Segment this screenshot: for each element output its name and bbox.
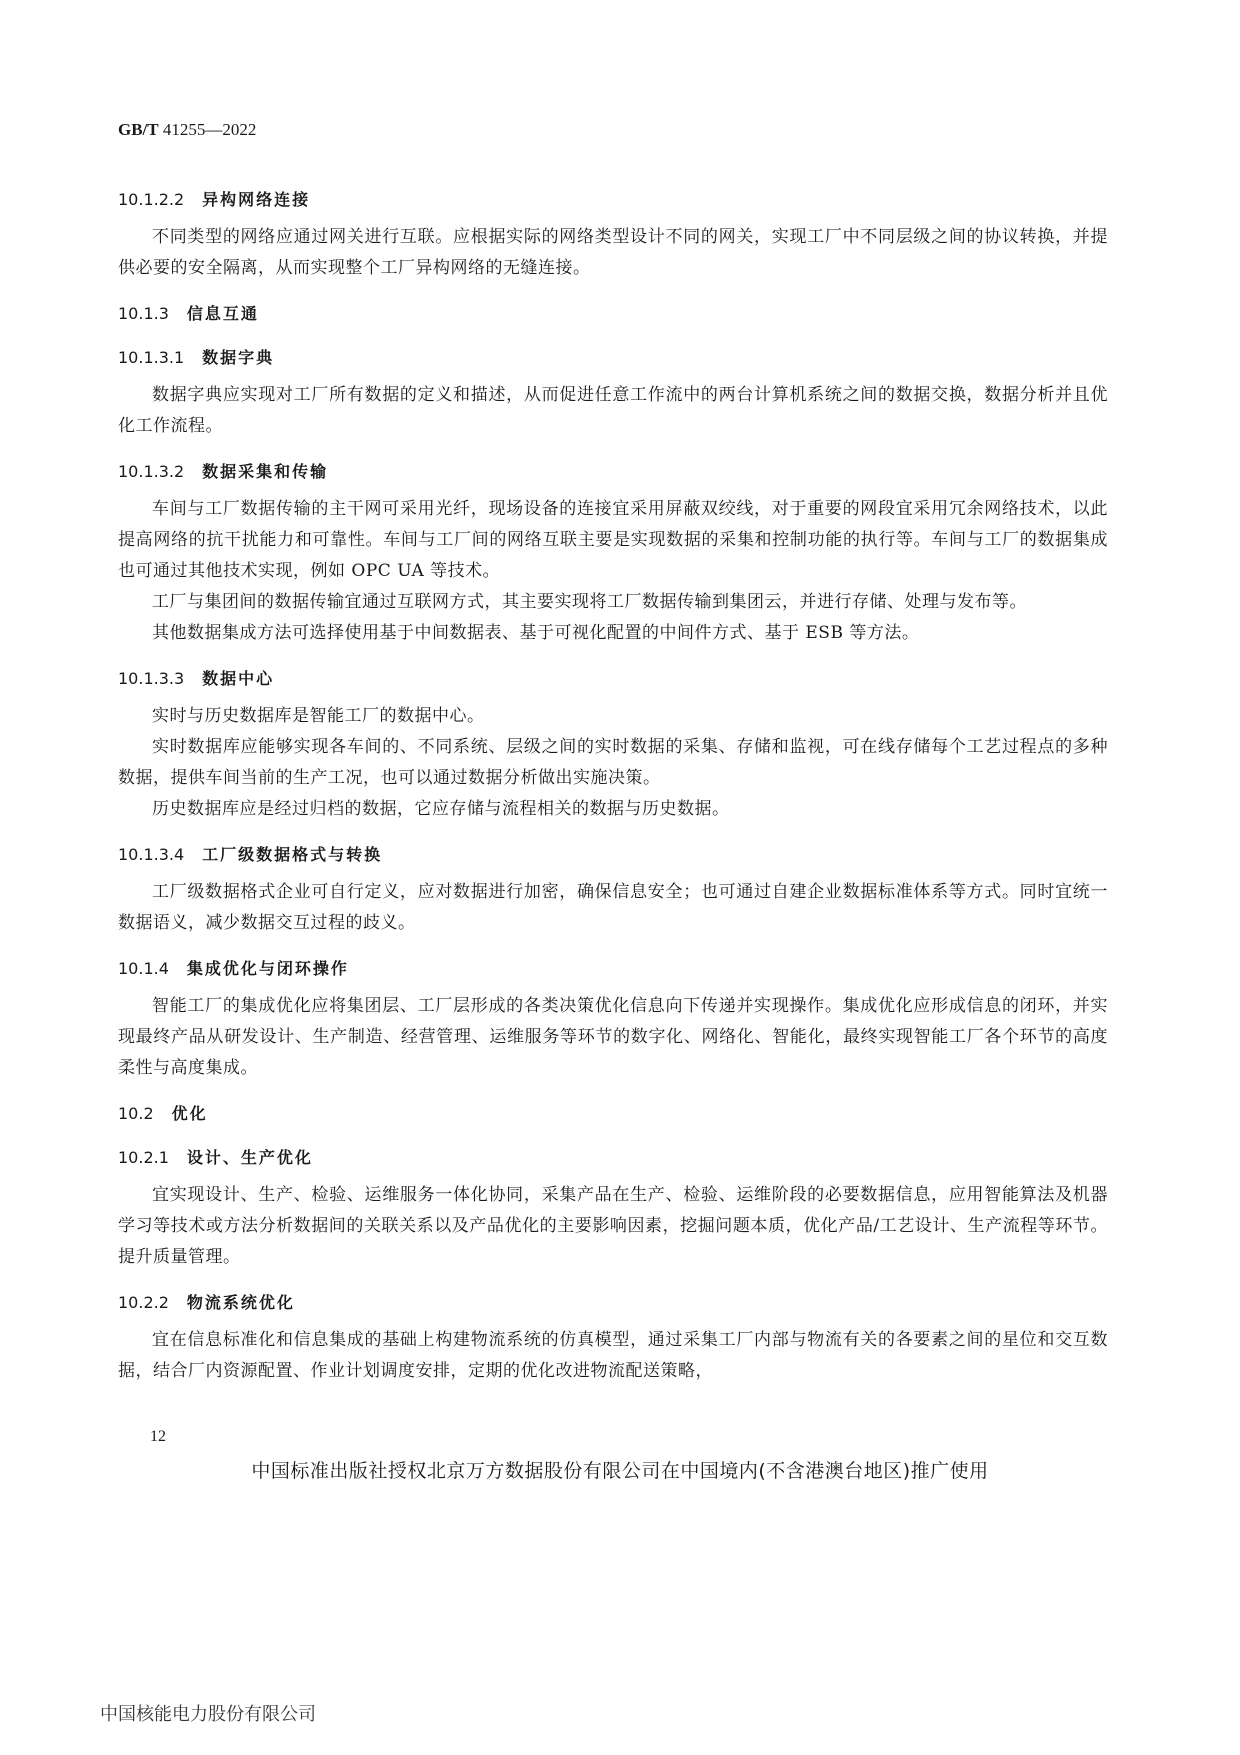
section-10-2-1: 10.2.1设计、生产优化 宜实现设计、生产、检验、运维服务一体化协同，采集产品…	[118, 1136, 1108, 1273]
paragraph: 数据字典应实现对工厂所有数据的定义和描述，从而促进任意工作流中的两台计算机系统之…	[118, 380, 1108, 442]
section-heading: 10.2优化	[118, 1092, 1108, 1136]
paragraph: 实时数据库应能够实现各车间的、不同系统、层级之间的实时数据的采集、存储和监视，可…	[118, 732, 1108, 794]
section-10-1-3-3: 10.1.3.3数据中心 实时与历史数据库是智能工厂的数据中心。 实时数据库应能…	[118, 657, 1108, 825]
section-10-2: 10.2优化	[118, 1092, 1108, 1136]
paragraph: 历史数据库应是经过归档的数据，它应存储与流程相关的数据与历史数据。	[118, 794, 1108, 825]
section-heading: 10.2.1设计、生产优化	[118, 1136, 1108, 1180]
license-notice: 中国标准出版社授权北京万方数据股份有限公司在中国境内(不含港澳台地区)推广使用	[0, 1456, 1240, 1483]
page-number: 12	[150, 1428, 166, 1446]
section-heading: 10.1.2.2异构网络连接	[118, 178, 1108, 222]
section-heading: 10.1.3.1数据字典	[118, 336, 1108, 380]
paragraph: 工厂级数据格式企业可自行定义，应对数据进行加密，确保信息安全；也可通过自建企业数…	[118, 877, 1108, 939]
paragraph: 实时与历史数据库是智能工厂的数据中心。	[118, 701, 1108, 732]
code-number: 41255—2022	[163, 120, 257, 139]
section-10-1-2-2: 10.1.2.2异构网络连接 不同类型的网络应通过网关进行互联。应根据实际的网络…	[118, 178, 1108, 284]
section-10-1-4: 10.1.4集成优化与闭环操作 智能工厂的集成优化应将集团层、工厂层形成的各类决…	[118, 947, 1108, 1084]
section-heading: 10.1.4集成优化与闭环操作	[118, 947, 1108, 991]
section-heading: 10.2.2物流系统优化	[118, 1281, 1108, 1325]
paragraph: 车间与工厂数据传输的主干网可采用光纤，现场设备的连接宜采用屏蔽双绞线，对于重要的…	[118, 494, 1108, 587]
section-10-2-2: 10.2.2物流系统优化 宜在信息标准化和信息集成的基础上构建物流系统的仿真模型…	[118, 1281, 1108, 1387]
paragraph: 不同类型的网络应通过网关进行互联。应根据实际的网络类型设计不同的网关，实现工厂中…	[118, 222, 1108, 284]
document-body: 10.1.2.2异构网络连接 不同类型的网络应通过网关进行互联。应根据实际的网络…	[118, 178, 1108, 1387]
code-prefix: GB/T	[118, 120, 159, 139]
section-10-1-3-4: 10.1.3.4工厂级数据格式与转换 工厂级数据格式企业可自行定义，应对数据进行…	[118, 833, 1108, 939]
paragraph: 其他数据集成方法可选择使用基于中间数据表、基于可视化配置的中间件方式、基于 ES…	[118, 618, 1108, 649]
section-heading: 10.1.3.3数据中心	[118, 657, 1108, 701]
paragraph: 宜实现设计、生产、检验、运维服务一体化协同，采集产品在生产、检验、运维阶段的必要…	[118, 1180, 1108, 1273]
section-heading: 10.1.3.4工厂级数据格式与转换	[118, 833, 1108, 877]
section-10-1-3-1: 10.1.3.1数据字典 数据字典应实现对工厂所有数据的定义和描述，从而促进任意…	[118, 336, 1108, 442]
section-10-1-3: 10.1.3信息互通	[118, 292, 1108, 336]
company-watermark: 中国核能电力股份有限公司	[100, 1700, 316, 1726]
section-10-1-3-2: 10.1.3.2数据采集和传输 车间与工厂数据传输的主干网可采用光纤，现场设备的…	[118, 450, 1108, 649]
paragraph: 智能工厂的集成优化应将集团层、工厂层形成的各类决策优化信息向下传递并实现操作。集…	[118, 991, 1108, 1084]
section-heading: 10.1.3信息互通	[118, 292, 1108, 336]
paragraph: 宜在信息标准化和信息集成的基础上构建物流系统的仿真模型，通过采集工厂内部与物流有…	[118, 1325, 1108, 1387]
section-heading: 10.1.3.2数据采集和传输	[118, 450, 1108, 494]
document-code: GB/T 41255—2022	[118, 120, 256, 140]
paragraph: 工厂与集团间的数据传输宜通过互联网方式，其主要实现将工厂数据传输到集团云，并进行…	[118, 587, 1108, 618]
